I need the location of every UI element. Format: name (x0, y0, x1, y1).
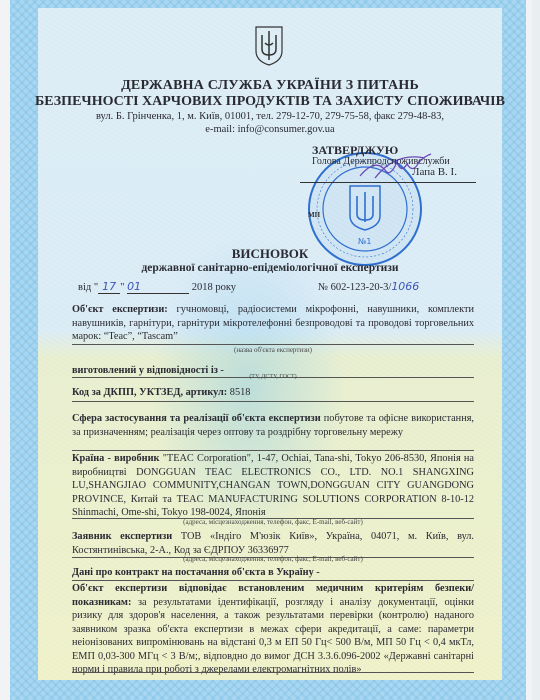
object-caption: (назва об'єкта експертизи) (72, 346, 474, 354)
contract-label: Дані про контракт на постачання об'єкта … (72, 566, 474, 580)
date-year: 2018 року (192, 282, 236, 293)
object-label: Об'єкт експертизи: (72, 304, 168, 315)
agency-address: вул. Б. Грінченка, 1, м. Київ, 01001, те… (0, 111, 540, 122)
number-suffix: 1066 (391, 280, 419, 293)
date-prefix: від " (78, 282, 98, 293)
document-page: ДЕРЖАВНА СЛУЖБА УКРАЇНИ З ПИТАНЬ БЕЗПЕЧН… (0, 0, 532, 700)
approver-name: Лапа В. І. (412, 166, 457, 178)
document-title: ВИСНОВОК (0, 246, 540, 262)
number-prefix: № 602-123-20-3/ (318, 282, 391, 293)
code-value: 8518 (230, 387, 251, 398)
date-day: 17 (98, 280, 120, 294)
svg-text:№1: №1 (358, 237, 371, 246)
applicant-label: Заявник експертизи (72, 531, 172, 542)
manufacturer-caption: (адреса, місцезнаходження, телефон, факс… (72, 518, 474, 526)
trident-icon (254, 25, 284, 67)
divider (72, 344, 474, 345)
agency-name-line1: ДЕРЖАВНА СЛУЖБА УКРАЇНИ З ПИТАНЬ (0, 78, 540, 94)
manufacturer-section: Країна - виробник "TEAC Corporation", 1-… (72, 452, 474, 520)
divider (72, 672, 474, 673)
divider (72, 450, 474, 451)
stamp-label: МП (308, 211, 320, 219)
divider (72, 401, 474, 402)
manufacturer-label: Країна - виробник (72, 453, 159, 464)
document-number: № 602-123-20-3/1066 (318, 280, 419, 293)
code-section: Код за ДКПП, УКТЗЕД, артикул: 8518 (72, 386, 474, 400)
compliance-text: за результатами ідентифікації, розгляду … (72, 597, 474, 676)
object-section: Об'єкт експертизи: гучномовці, радіосист… (72, 303, 474, 344)
divider (72, 580, 474, 581)
scope-section: Сфера застосування та реалізації об'єкта… (72, 412, 474, 439)
compliance-section: Об'єкт експертизи відповідає встановлени… (72, 582, 474, 677)
agency-name-line2: БЕЗПЕЧНОСТІ ХАРЧОВИХ ПРОДУКТІВ ТА ЗАХИСТ… (0, 94, 540, 110)
document-subtitle: державної санітарно-епідеміологічної екс… (0, 262, 540, 274)
signature-line (300, 182, 476, 183)
agency-email: e-mail: info@consumer.gov.ua (0, 124, 540, 135)
date-month: 01 (127, 280, 189, 294)
applicant-section: Заявник експертизи ТОВ «Індіго М'юзік Ки… (72, 530, 474, 557)
code-label: Код за ДКПП, УКТЗЕД, артикул: (72, 387, 227, 398)
standard-caption: (ТУ, ДСТУ, ГОСТ) (72, 374, 474, 380)
applicant-caption: (адреса, місцезнаходження, телефон, факс… (72, 555, 474, 563)
scope-label: Сфера застосування та реалізації об'єкта… (72, 413, 321, 424)
date-mid: " (120, 282, 124, 293)
issue-date: від "17" 01 2018 року (78, 280, 236, 294)
